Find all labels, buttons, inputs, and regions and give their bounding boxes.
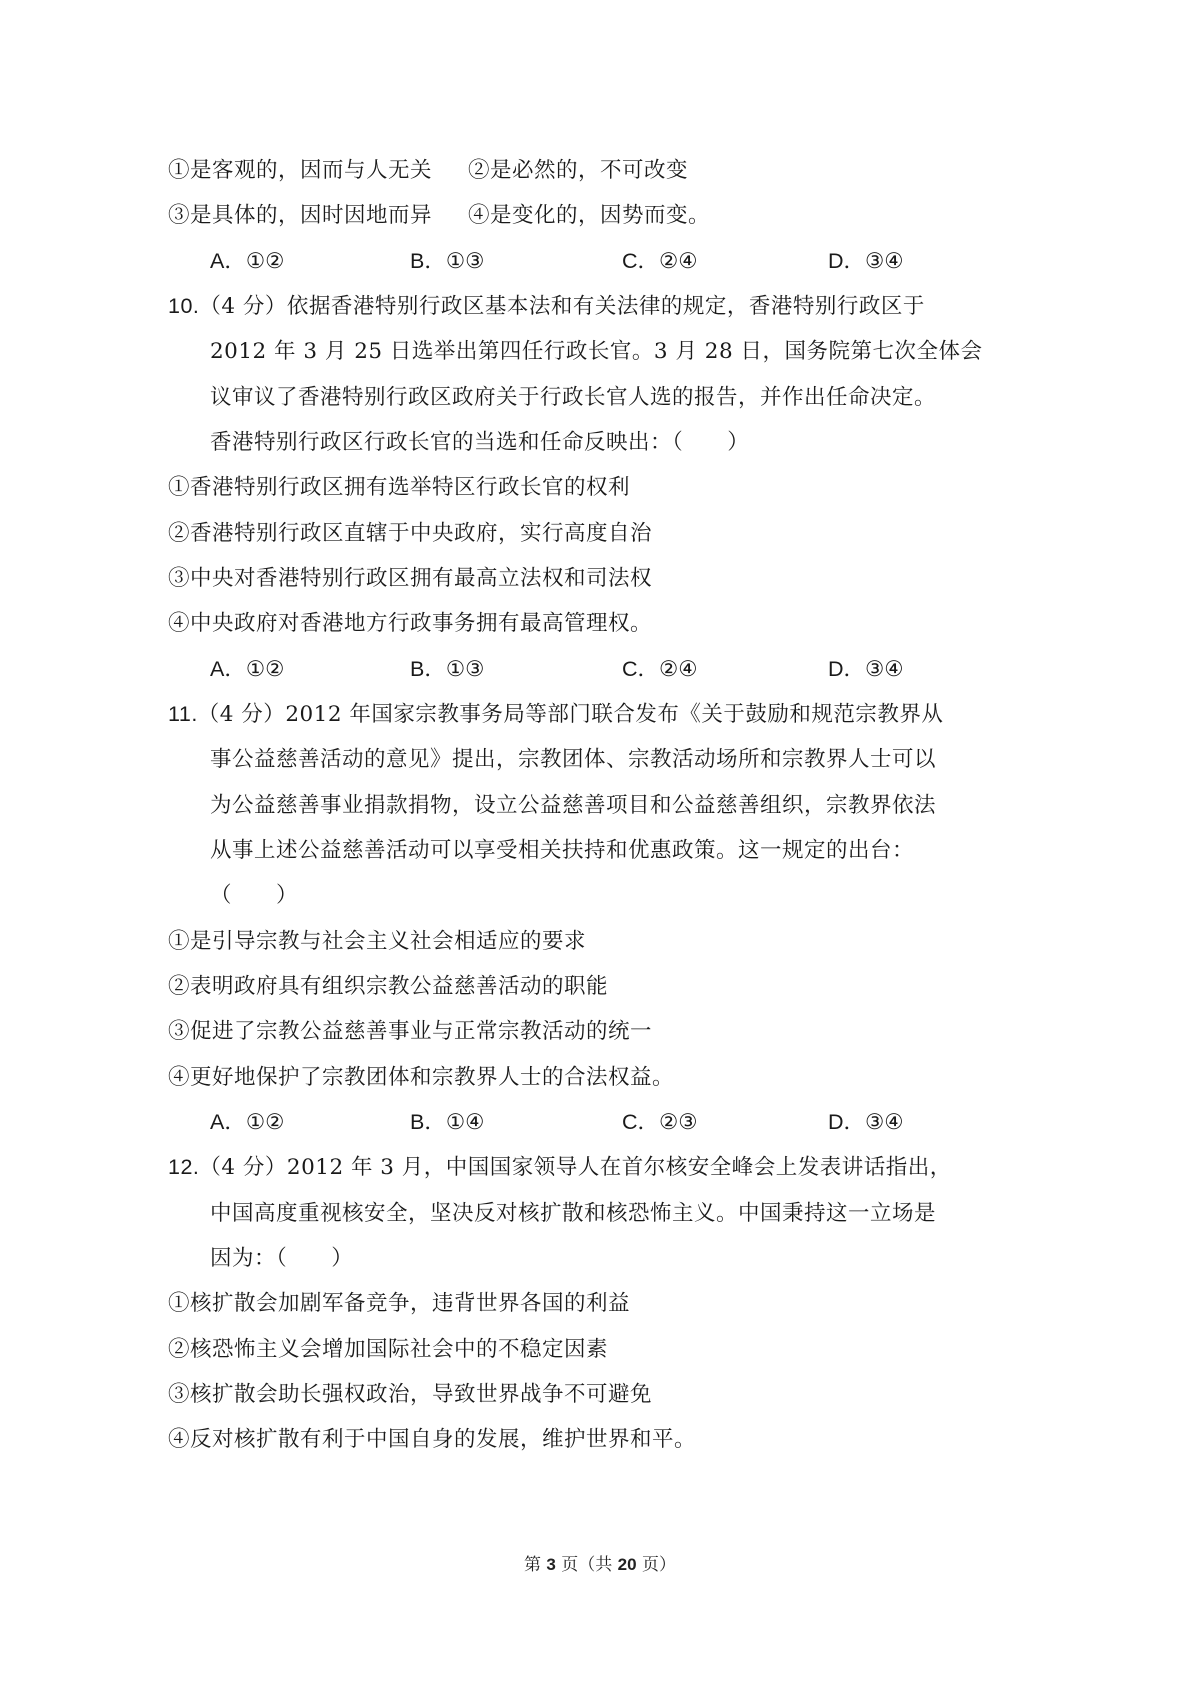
question-points: （4 分）	[199, 1155, 287, 1180]
statement-row: ①是客观的，因而与人无关②是必然的，不可改变	[168, 148, 688, 193]
question-stem-line: 11.（4 分）2012 年国家宗教事务局等部门联合发布《关于鼓励和规范宗教界从	[168, 692, 943, 737]
option-c[interactable]: C．②④	[622, 647, 698, 692]
option-d[interactable]: D．③④	[828, 239, 904, 284]
statement: ②表明政府具有组织宗教公益慈善活动的职能	[168, 964, 608, 1009]
question-points: （4 分）	[198, 702, 286, 727]
answer-options: A．①② B．①③ C．②④ D．③④	[210, 647, 1070, 692]
option-c[interactable]: C．②④	[622, 239, 698, 284]
statement: ③是具体的，因时因地而异	[168, 203, 432, 228]
option-d[interactable]: D．③④	[828, 1100, 904, 1145]
question-stem-line: 香港特别行政区行政长官的当选和任命反映出：（ ）	[210, 420, 749, 465]
answer-options: A．①② B．①③ C．②④ D．③④	[210, 239, 1070, 284]
question-stem-line: 事公益慈善活动的意见》提出，宗教团体、宗教活动场所和宗教界人士可以	[210, 737, 936, 782]
statement: ③促进了宗教公益慈善事业与正常宗教活动的统一	[168, 1009, 652, 1054]
question-stem-line: 为公益慈善事业捐款捐物，设立公益慈善项目和公益慈善组织，宗教界依法	[210, 783, 936, 828]
statement: ④反对核扩散有利于中国自身的发展，维护世界和平。	[168, 1417, 696, 1462]
answer-options: A．①② B．①④ C．②③ D．③④	[210, 1100, 1070, 1145]
statement: ①是引导宗教与社会主义社会相适应的要求	[168, 919, 586, 964]
total-pages: 20	[618, 1555, 637, 1574]
option-a[interactable]: A．①②	[210, 647, 284, 692]
answer-blank: （ ）	[210, 873, 298, 918]
question-stem-line: 因为：（ ）	[210, 1236, 353, 1281]
statement: ②核恐怖主义会增加国际社会中的不稳定因素	[168, 1327, 608, 1372]
statement: ①香港特别行政区拥有选举特区行政长官的权利	[168, 465, 630, 510]
question-stem-line: 议审议了香港特别行政区政府关于行政长官人选的报告，并作出任命决定。	[210, 375, 936, 420]
option-b[interactable]: B．①④	[410, 1100, 484, 1145]
statement: ②香港特别行政区直辖于中央政府，实行高度自治	[168, 511, 652, 556]
option-a[interactable]: A．①②	[210, 1100, 284, 1145]
statement: ③核扩散会助长强权政治，导致世界战争不可避免	[168, 1372, 652, 1417]
option-a[interactable]: A．①②	[210, 239, 284, 284]
question-points: （4 分）	[199, 294, 287, 319]
question-number: 11.	[168, 702, 198, 726]
option-b[interactable]: B．①③	[410, 239, 484, 284]
question-stem-line: 12.（4 分）2012 年 3 月，中国国家领导人在首尔核安全峰会上发表讲话指…	[168, 1145, 952, 1190]
exam-page: ①是客观的，因而与人无关②是必然的，不可改变 ③是具体的，因时因地而异④是变化的…	[0, 0, 1200, 1698]
option-d[interactable]: D．③④	[828, 647, 904, 692]
question-stem-line: 10.（4 分）依据香港特别行政区基本法和有关法律的规定，香港特别行政区于	[168, 284, 925, 329]
statement: ①是客观的，因而与人无关	[168, 158, 432, 183]
page-footer: 第 3 页（共 20 页）	[0, 1550, 1200, 1580]
statement: ④更好地保护了宗教团体和宗教界人士的合法权益。	[168, 1055, 674, 1100]
question-stem-line: 中国高度重视核安全，坚决反对核扩散和核恐怖主义。中国秉持这一立场是	[210, 1191, 936, 1236]
statement: ④中央政府对香港地方行政事务拥有最高管理权。	[168, 601, 652, 646]
question-stem-line: 2012 年 3 月 25 日选举出第四任行政长官。3 月 28 日，国务院第七…	[210, 329, 982, 374]
option-b[interactable]: B．①③	[410, 647, 484, 692]
statement: ②是必然的，不可改变	[468, 158, 688, 183]
statement: ③中央对香港特别行政区拥有最高立法权和司法权	[168, 556, 652, 601]
statement: ①核扩散会加剧军备竞争，违背世界各国的利益	[168, 1281, 630, 1326]
statement-row: ③是具体的，因时因地而异④是变化的，因势而变。	[168, 193, 710, 238]
option-c[interactable]: C．②③	[622, 1100, 698, 1145]
current-page-number: 3	[546, 1555, 555, 1574]
statement: ④是变化的，因势而变。	[468, 203, 710, 228]
question-stem-line: 从事上述公益慈善活动可以享受相关扶持和优惠政策。这一规定的出台：	[210, 828, 914, 873]
question-number: 12.	[168, 1155, 199, 1179]
question-number: 10.	[168, 294, 199, 318]
